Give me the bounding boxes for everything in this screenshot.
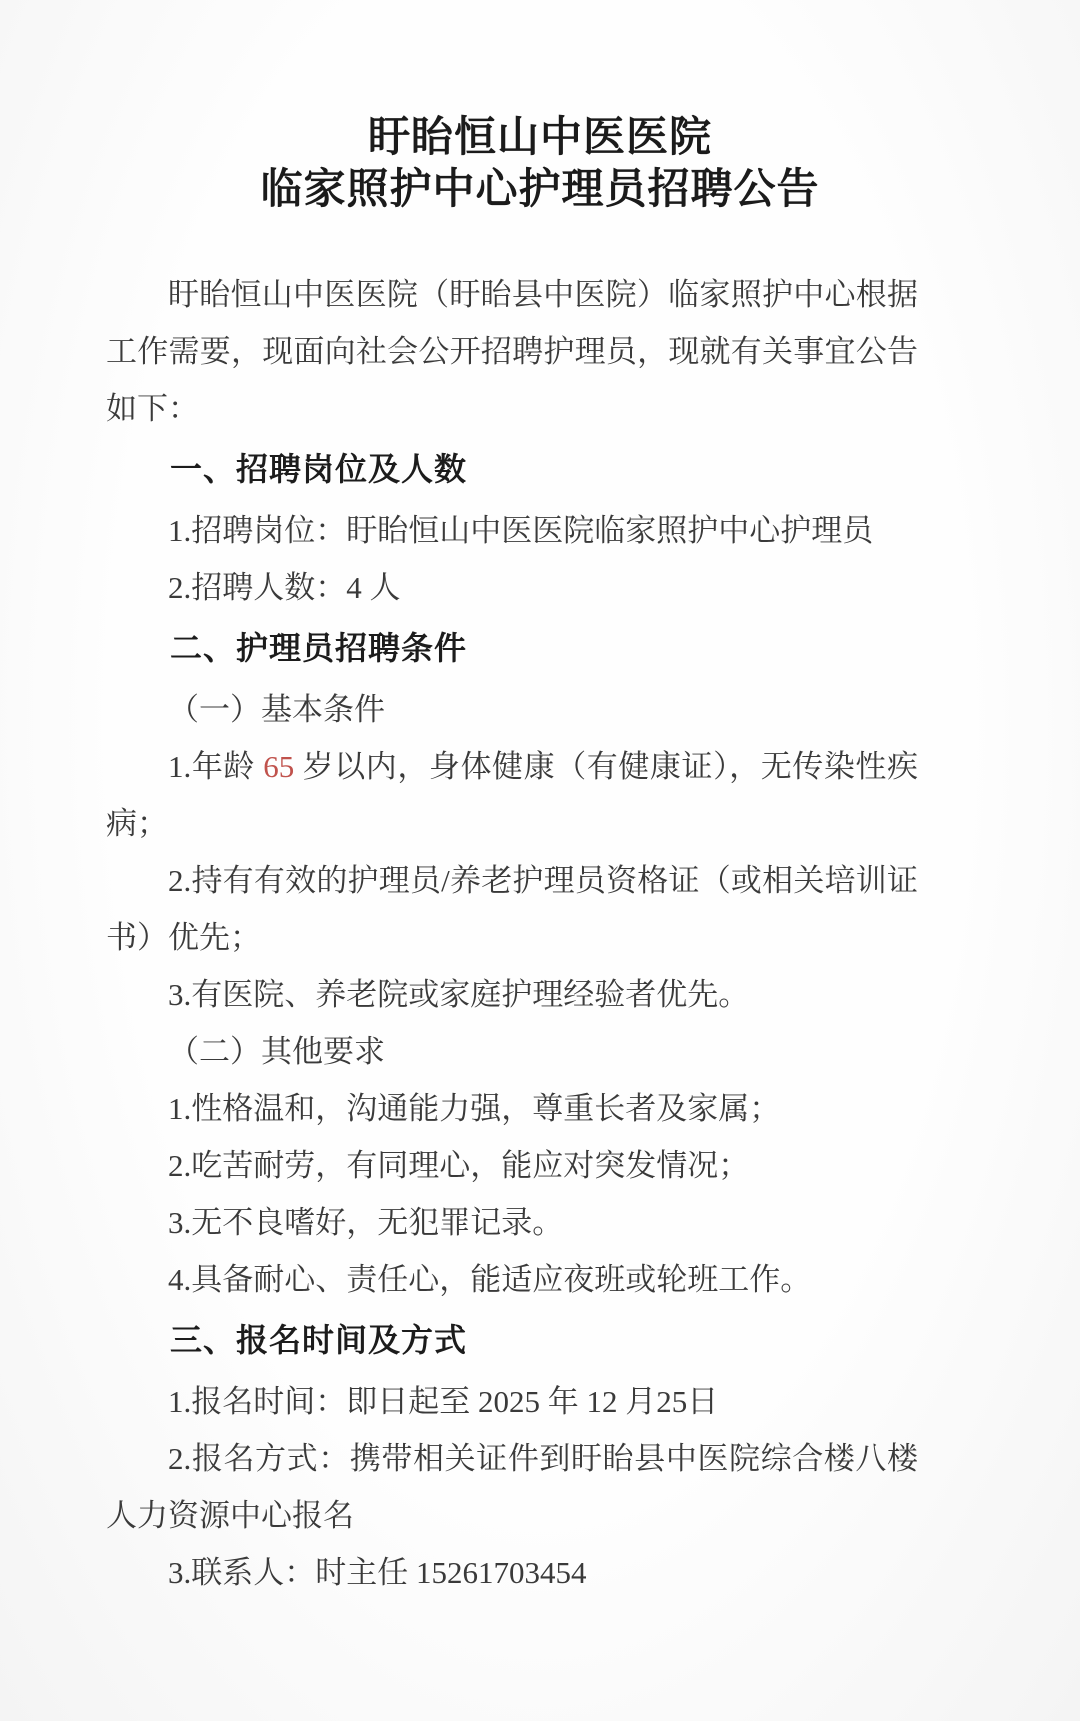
section2-certificate-requirement: 2.持有有效的护理员/养老护理员资格证（或相关培训证书）优先；: [106, 852, 918, 966]
section1-item-headcount: 2.招聘人数：4 人: [106, 559, 918, 616]
section3-item-deadline: 1.报名时间：即日起至 2025 年 12 月25日: [106, 1373, 918, 1430]
section1-item-position: 1.招聘岗位：盱眙恒山中医医院临家照护中心护理员: [106, 502, 918, 559]
document-body: 盱眙恒山中医医院（盱眙县中医院）临家照护中心根据工作需要，现面向社会公开招聘护理…: [106, 266, 918, 1601]
section2-sub2-heading: （二）其他要求: [106, 1023, 918, 1080]
document-page: 盱眙恒山中医医院 临家照护中心护理员招聘公告 盱眙恒山中医医院（盱眙县中医院）临…: [0, 0, 1080, 1721]
section3-heading: 三、报名时间及方式: [106, 1312, 918, 1369]
document-title: 盱眙恒山中医医院 临家照护中心护理员招聘公告: [0, 0, 1080, 216]
section2-sub1-heading: （一）基本条件: [106, 681, 918, 738]
section2-age-requirement: 1.年龄 65 岁以内，身体健康（有健康证），无传染性疾病；: [106, 738, 918, 852]
section2-other-requirement-2: 2.吃苦耐劳，有同理心，能应对突发情况；: [106, 1137, 918, 1194]
section2-other-requirement-1: 1.性格温和，沟通能力强，尊重长者及家属；: [106, 1080, 918, 1137]
document-title-line2: 临家照护中心护理员招聘公告: [0, 164, 1080, 216]
section1-heading: 一、招聘岗位及人数: [106, 441, 918, 498]
section2-other-requirement-3: 3.无不良嗜好，无犯罪记录。: [106, 1194, 918, 1251]
age-requirement-prefix: 1.年龄: [168, 749, 263, 784]
section2-experience-requirement: 3.有医院、养老院或家庭护理经验者优先。: [106, 966, 918, 1023]
section2-other-requirement-4: 4.具备耐心、责任心，能适应夜班或轮班工作。: [106, 1251, 918, 1308]
section3-item-method: 2.报名方式：携带相关证件到盱眙县中医院综合楼八楼人力资源中心报名: [106, 1430, 918, 1544]
age-limit-highlight: 65: [263, 749, 294, 784]
intro-paragraph: 盱眙恒山中医医院（盱眙县中医院）临家照护中心根据工作需要，现面向社会公开招聘护理…: [106, 266, 918, 437]
section2-heading: 二、护理员招聘条件: [106, 620, 918, 677]
document-title-line1: 盱眙恒山中医医院: [0, 112, 1080, 164]
section3-item-contact: 3.联系人：时主任 15261703454: [106, 1544, 918, 1601]
